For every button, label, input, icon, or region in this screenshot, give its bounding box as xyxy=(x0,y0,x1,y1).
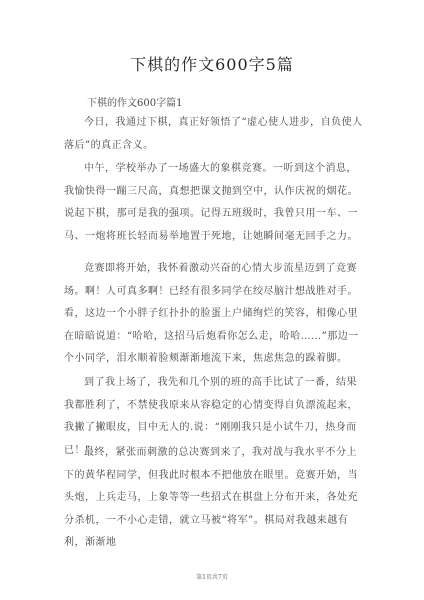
paragraph-2: 中午，学校举办了一场盛大的象棋竞赛。一听到这个消息，我愉快得一蹦三尺高，真想把课… xyxy=(64,158,364,248)
paragraph-1: 今日，我通过下棋，真正好领悟了“虚心使人进步，自负使人落后”的真正含义。 xyxy=(64,112,364,157)
paragraph-3: 竞赛即将开始，我怀着激动兴奋的心情大步流星迈到了竞赛场。啊！人可真多啊！已经有很… xyxy=(64,258,364,371)
paragraph-5: 最终，紧张而刺激的总决赛到来了，我对战与我水平不分上下的黄华程同学，但我此时根本… xyxy=(64,442,364,555)
page-number: 第1页共7页 xyxy=(0,572,424,581)
document-title: 下棋的作文600字5篇 xyxy=(0,52,424,75)
section-subtitle: 下棋的作文600字篇1 xyxy=(87,94,182,109)
